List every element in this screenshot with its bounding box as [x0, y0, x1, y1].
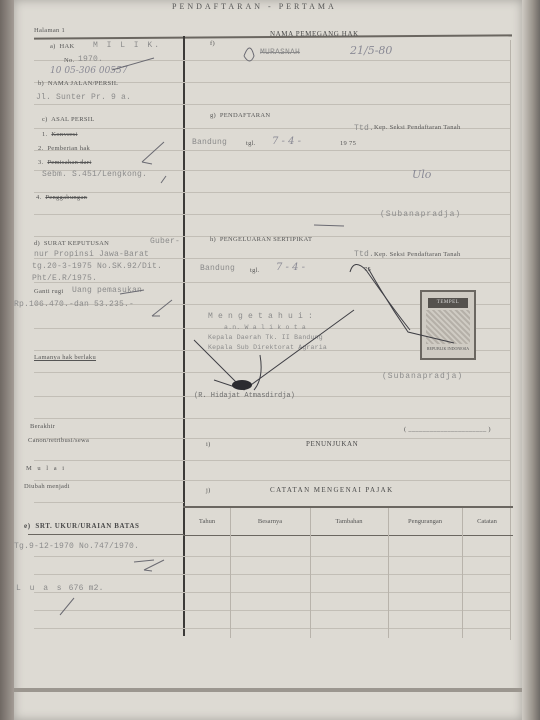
- pendaftaran-initial: Ulo: [412, 168, 431, 181]
- luas-field: L u a s 676 m2.: [16, 584, 104, 593]
- nama-pemegang-label: NAMA PEMEGANG HAK: [270, 30, 359, 38]
- surat-keputusan-label: d) SURAT KEPUTUSAN: [34, 240, 109, 247]
- pemisahan-value: Sebm. S.451/Lengkong.: [42, 170, 147, 179]
- pendaftaran-year: 75: [349, 140, 356, 147]
- pendaftaran-signatory: (Subanapradja): [380, 210, 461, 219]
- i-label: i): [206, 441, 211, 448]
- j-label: j): [206, 487, 211, 494]
- mengetahui-name: (R. Hidajat Atmasdirdja): [194, 392, 295, 400]
- sk-line-3: tg.20-3-1975 No.SK.92/Dit.: [32, 262, 162, 271]
- no-label: No.: [64, 57, 74, 64]
- page-fold: [14, 688, 522, 692]
- right-border: [510, 40, 511, 640]
- handwritten-id: 10 05-306 00557: [50, 66, 127, 76]
- tgl-label: tgl.: [246, 140, 256, 147]
- sk-line-1: Guber-: [150, 237, 180, 246]
- col-tahun: Tahun: [184, 518, 230, 525]
- stamp-label: TEMPEL: [428, 298, 468, 308]
- asal-persil-label: c) ASAL PERSIL: [42, 116, 95, 123]
- ganti-rugi-amount: Rp.106.470.-dan 53.235.-: [14, 300, 134, 309]
- mengetahui-line2: Kepala Sub Direktorat Agraria: [208, 344, 327, 351]
- tgl-label-2: tgl.: [250, 267, 260, 274]
- stamp-footer: REPUBLIK INDONESIA: [426, 346, 470, 355]
- revenue-stamp: TEMPEL REPUBLIK INDONESIA: [420, 290, 476, 360]
- mulai-label: M u l a i: [26, 465, 66, 472]
- hak-label: a) HAK: [50, 43, 75, 50]
- mengetahui-line1: Kepala Daerah Tk. II Bandung: [208, 334, 323, 341]
- surat-ukur-value: Tg.9-12-1970 No.747/1970.: [14, 542, 139, 551]
- sk-line-2: nur Propinsi Jawa-Barat: [34, 250, 149, 259]
- no-value: 1970.: [78, 55, 103, 64]
- pengeluaran-date: 7 - 4 -: [276, 262, 305, 273]
- page-label: Halaman 1: [34, 27, 65, 34]
- sk-line-4: Pht/E.R/1975.: [32, 274, 97, 283]
- lamanya-label: Lamanya hak berlaku: [34, 354, 96, 361]
- stamp-emblem: [426, 310, 470, 344]
- canon-label: Canon/retribusi/sewa: [28, 437, 89, 444]
- asal-item-2: 2. Pemberian hak: [38, 145, 90, 152]
- page-left-shadow: [0, 0, 14, 720]
- pengeluaran-signatory: (Subanapradja): [382, 372, 463, 381]
- pemegang-hand-date: 21/5-80: [350, 44, 392, 57]
- penunjukan-label: PENUNJUKAN: [306, 440, 358, 448]
- diubah-label: Diubah menjadi: [24, 483, 70, 490]
- document-title: PENDAFTARAN - PERTAMA: [172, 2, 337, 11]
- asal-item-1: 1. Konversi: [42, 131, 78, 138]
- catatan-pajak-label: CATATAN MENGENAI PAJAK: [270, 486, 394, 494]
- pengeluaran-office: Kep. Seksi Pendaftaran Tanah: [374, 251, 461, 258]
- ganti-rugi-value: Uang pemasukan: [72, 286, 142, 295]
- column-divider: [183, 36, 185, 636]
- pendaftaran-office: Kep. Seksi Pendaftaran Tanah: [374, 124, 461, 131]
- pengeluaran-ttd: Ttd.: [354, 250, 374, 259]
- pengeluaran-year: 75: [364, 266, 371, 273]
- ganti-rugi-label: Ganti rugi: [34, 288, 64, 295]
- hak-value: M I L I K.: [93, 41, 161, 50]
- col-catatan: Catatan: [462, 518, 512, 525]
- pendaftaran-city: Bandung: [192, 138, 227, 147]
- col-pengurangan: Pengurangan: [388, 518, 462, 525]
- pendaftaran-label: g) PENDAFTARAN: [210, 112, 270, 119]
- tax-table-top: [183, 506, 513, 508]
- pemegang-struck: MURASNAH: [260, 48, 300, 57]
- page-right-edge: [522, 0, 540, 720]
- berakhir-label: Berakhir: [30, 423, 55, 430]
- nama-jalan-label: b) NAMA JALAN/PERSIL: [38, 80, 118, 87]
- mengetahui-label: M e n g e t a h u i :: [208, 312, 313, 321]
- f-label: f): [210, 40, 215, 47]
- pendaftaran-date: 7 - 4 -: [272, 136, 301, 147]
- pendaftaran-ttd: Ttd.: [354, 124, 374, 133]
- surat-ukur-label: e) SRT. UKUR/URAIAN BATAS: [24, 522, 140, 530]
- land-certificate-page: PENDAFTARAN - PERTAMA Halaman 1 a) HAK M…: [14, 0, 522, 720]
- pengeluaran-label: h) PENGELUARAN SERTIPIKAT: [210, 236, 312, 243]
- pengeluaran-city: Bandung: [200, 264, 235, 273]
- nama-jalan-value: Jl. Sunter Pr. 9 a.: [36, 93, 131, 102]
- col-tambahan: Tambahan: [310, 518, 388, 525]
- mengetahui-an: a.n. W a l i k o t a: [224, 324, 306, 331]
- asal-item-4: 4. Penggabungan: [36, 194, 87, 201]
- col-besarnya: Besarnya: [230, 518, 310, 525]
- asal-item-3: 3. Pemisahan dari: [38, 159, 91, 166]
